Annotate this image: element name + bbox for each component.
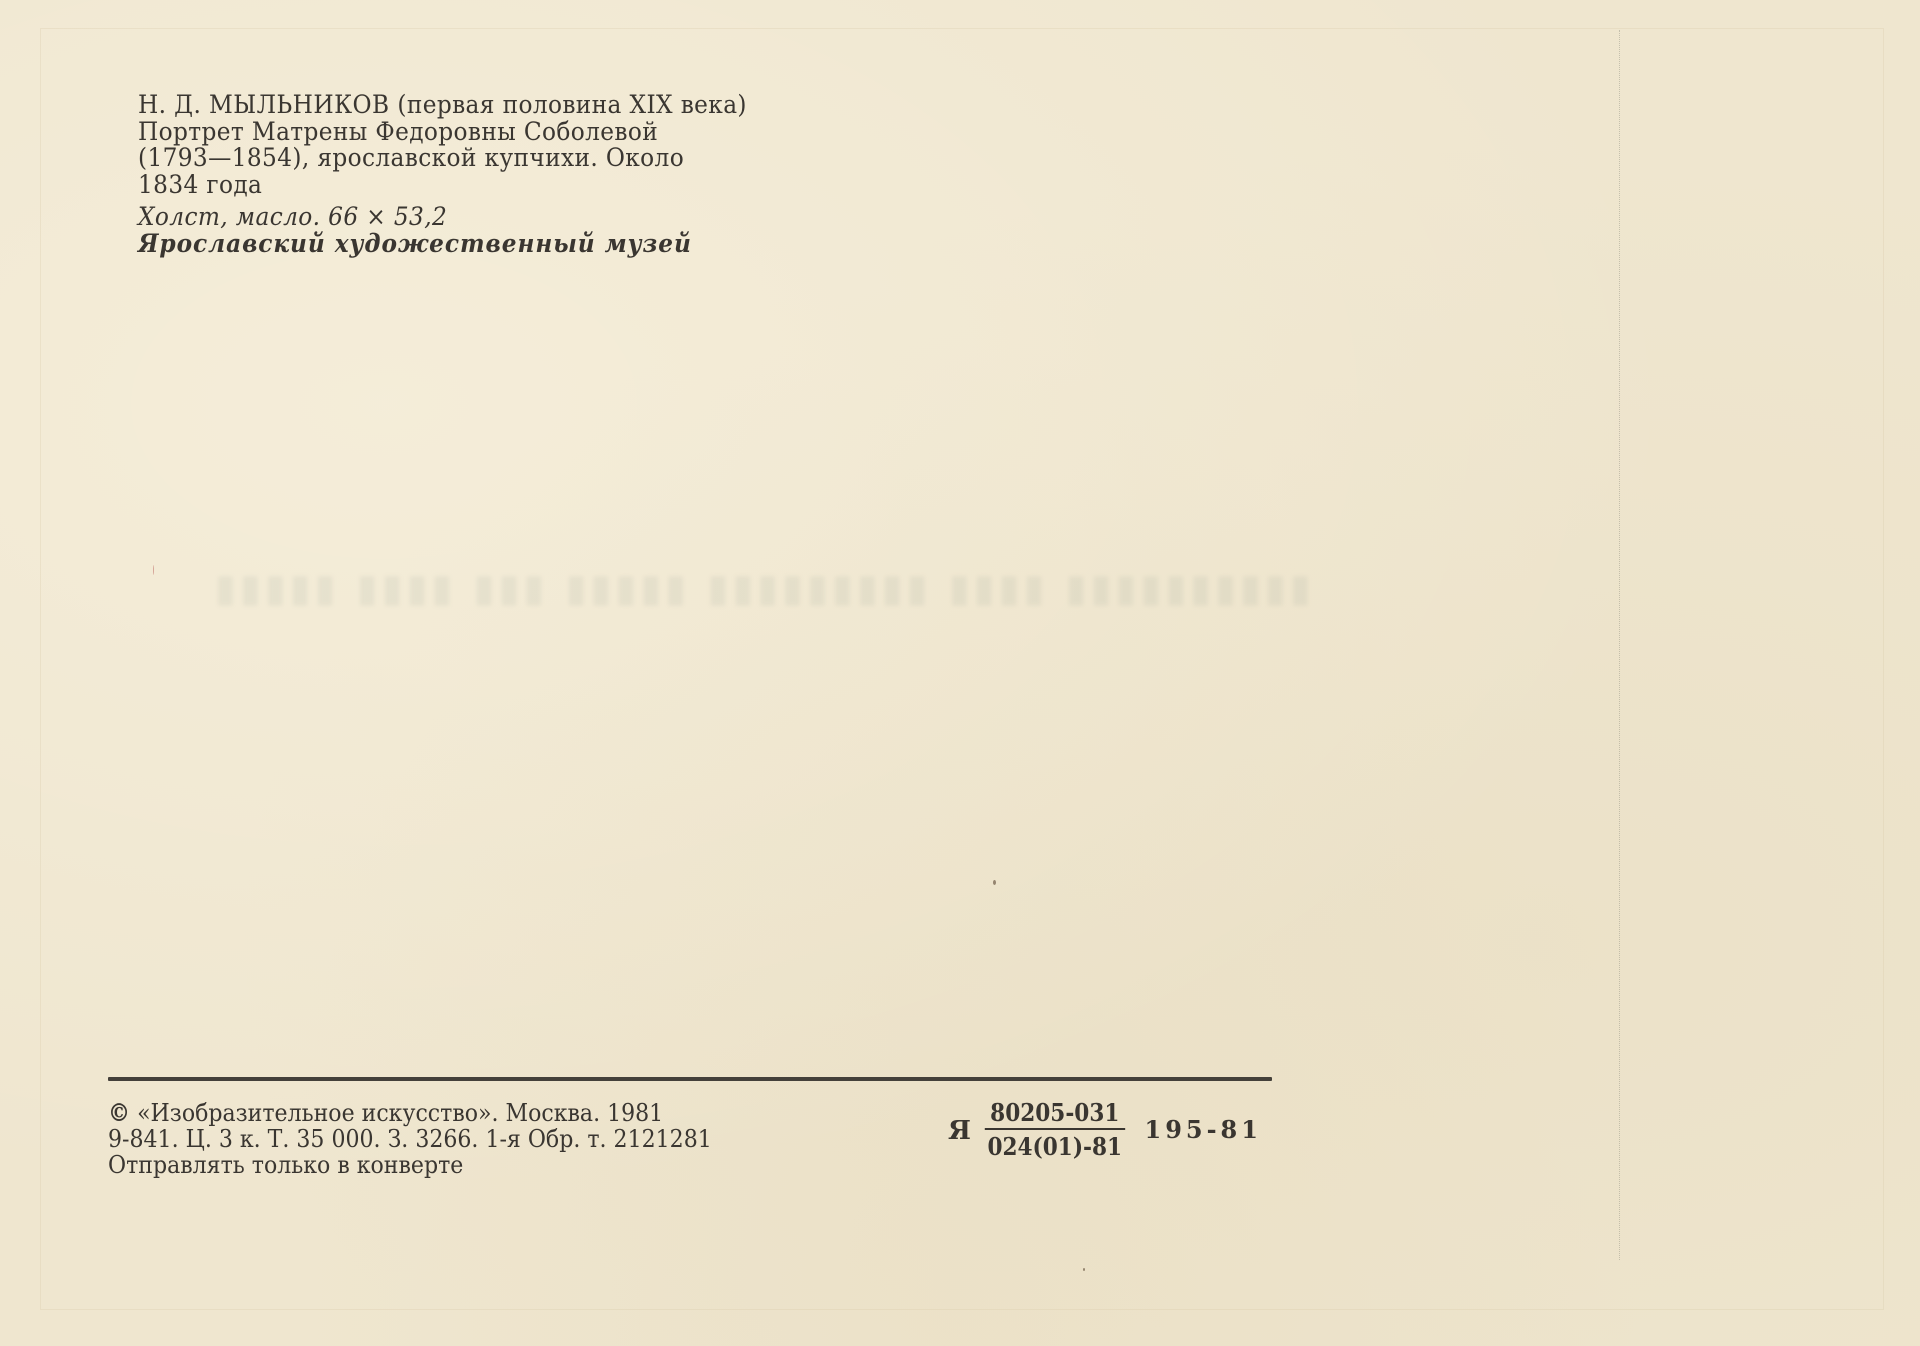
catalog-fraction: 80205-031 024(01)-81 xyxy=(985,1100,1125,1160)
fold-line xyxy=(1619,30,1620,1260)
publisher-text: «Изобразительное искусство». Москва. 198… xyxy=(137,1098,663,1127)
paper-speck xyxy=(1083,1268,1085,1271)
postcard-back: ▮▮▮▮▮ ▮▮▮▮ ▮▮▮ ▮▮▮▮▮ ▮▮▮▮▮▮▮▮▮ ▮▮▮▮ ▮▮▮▮… xyxy=(0,0,1920,1346)
mailing-note: Отправлять только в конверте xyxy=(108,1152,712,1178)
paper-speck xyxy=(153,565,154,575)
catalog-numerator: 80205-031 xyxy=(985,1100,1125,1130)
divider-rule xyxy=(108,1077,1272,1081)
catalog-denominator: 024(01)-81 xyxy=(987,1130,1122,1160)
artwork-title-line-2: (1793—1854), ярославской купчихи. Около xyxy=(138,145,747,172)
author-name: МЫЛЬНИКОВ xyxy=(209,90,390,119)
bleed-through-text: ▮▮▮▮▮ ▮▮▮▮ ▮▮▮ ▮▮▮▮▮ ▮▮▮▮▮▮▮▮▮ ▮▮▮▮ ▮▮▮▮… xyxy=(215,565,1575,610)
artwork-museum: Ярославский художественный музей xyxy=(138,231,747,258)
catalog-code: 195-81 xyxy=(1145,1115,1262,1144)
author-period: (первая половина XIX века) xyxy=(397,90,746,119)
catalog-index: Я 80205-031 024(01)-81 195-81 xyxy=(948,1100,1262,1160)
author-line: Н. Д. МЫЛЬНИКОВ (первая половина XIX век… xyxy=(138,92,747,119)
print-info: 9-841. Ц. 3 к. Т. 35 000. З. 3266. 1-я О… xyxy=(108,1126,712,1152)
paper-speck xyxy=(993,880,996,885)
artwork-title-line-1: Портрет Матрены Федоровны Соболевой xyxy=(138,119,747,146)
publisher-imprint: © «Изобразительное искусство». Москва. 1… xyxy=(108,1100,712,1178)
author-initials: Н. Д. xyxy=(138,90,201,119)
copyright-icon: © xyxy=(108,1100,130,1126)
artwork-medium: Холст, масло. 66 × 53,2 xyxy=(138,204,747,231)
artwork-caption: Н. Д. МЫЛЬНИКОВ (первая половина XIX век… xyxy=(138,92,747,257)
catalog-prefix: Я xyxy=(948,1116,971,1146)
artwork-title-line-3: 1834 года xyxy=(138,172,747,199)
publisher-line: © «Изобразительное искусство». Москва. 1… xyxy=(108,1100,712,1126)
